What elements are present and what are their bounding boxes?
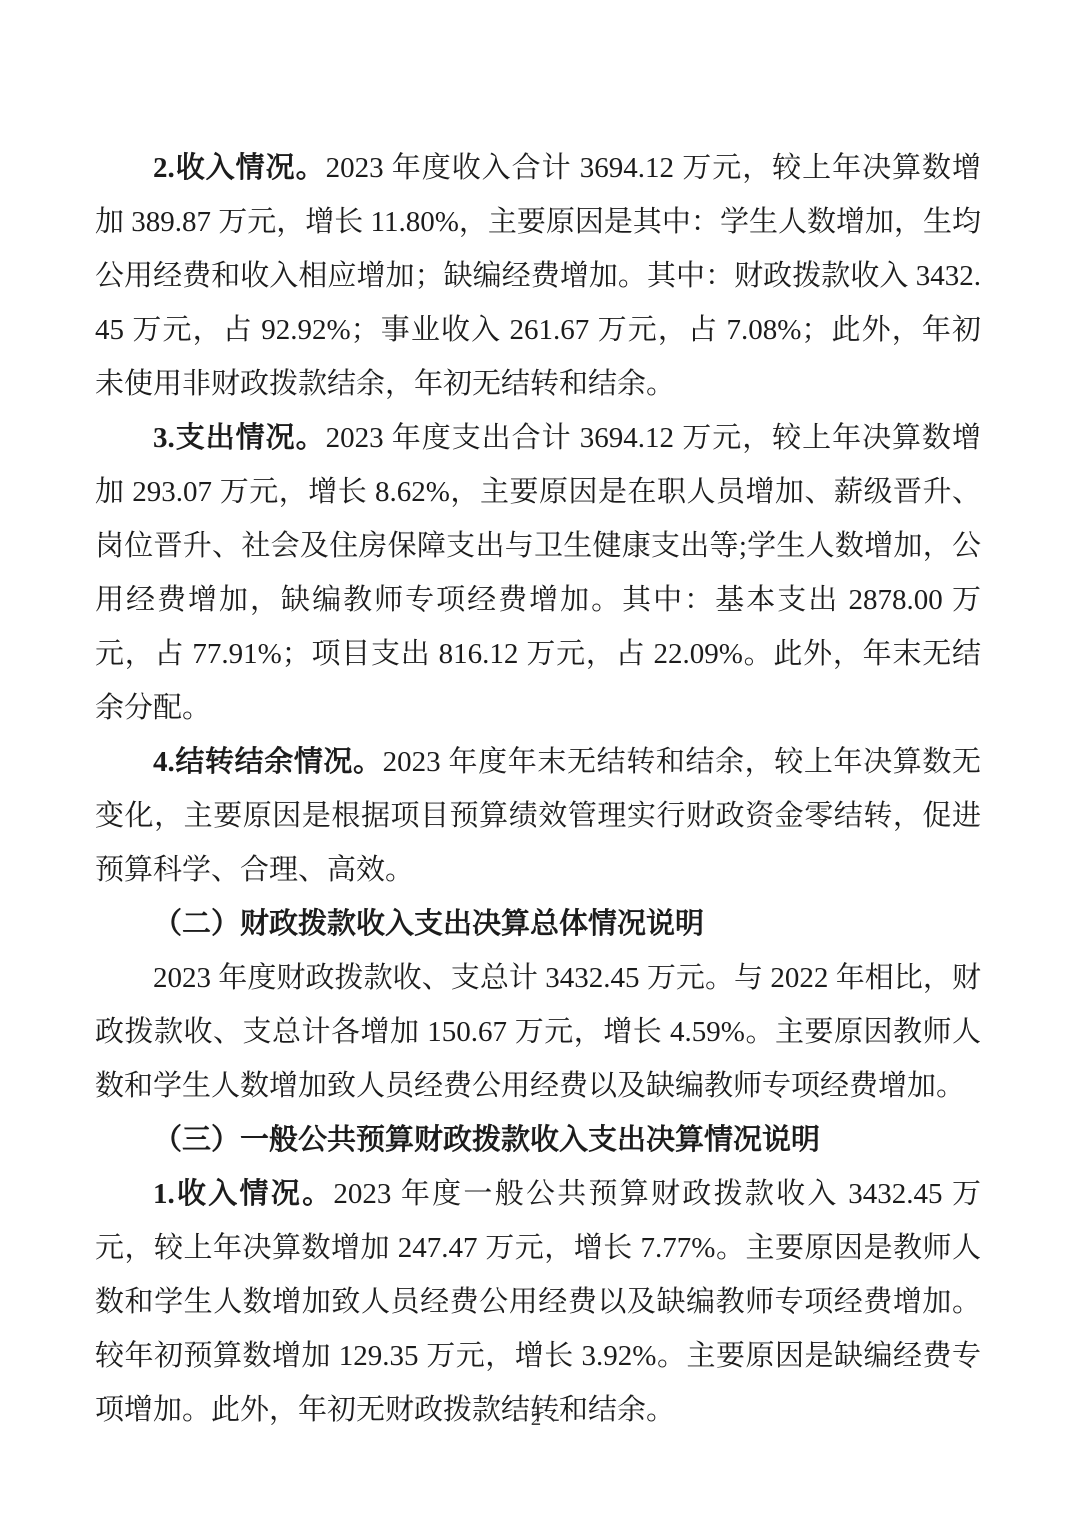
paragraph: 1.收入情况。2023 年度一般公共预算财政拨款收入 3432.45 万元，较上… (95, 1167, 981, 1437)
paragraph-lead: 2.收入情况。 (153, 152, 326, 184)
paragraph-lead: 4.结转结余情况。 (153, 746, 383, 778)
paragraph-text: （三）一般公共预算财政拨款收入支出决算情况说明 (153, 1124, 820, 1156)
paragraph: 2.收入情况。2023 年度收入合计 3694.12 万元，较上年决算数增加 3… (95, 141, 981, 411)
paragraph: 4.结转结余情况。2023 年度年末无结转和结余，较上年决算数无变化，主要原因是… (95, 735, 981, 897)
page-footer: - 2 - (0, 1398, 1075, 1438)
section-heading: （三）一般公共预算财政拨款收入支出决算情况说明 (95, 1113, 981, 1167)
document-body: 2.收入情况。2023 年度收入合计 3694.12 万元，较上年决算数增加 3… (95, 141, 981, 1437)
page-number: - 2 - (513, 1406, 563, 1430)
paragraph-text: 2023 年度财政拨款收、支总计 3432.45 万元。与 2022 年相比，财… (95, 962, 981, 1102)
document-page: 2.收入情况。2023 年度收入合计 3694.12 万元，较上年决算数增加 3… (0, 0, 1075, 1520)
paragraph: 2023 年度财政拨款收、支总计 3432.45 万元。与 2022 年相比，财… (95, 951, 981, 1113)
paragraph: 3.支出情况。2023 年度支出合计 3694.12 万元，较上年决算数增加 2… (95, 411, 981, 735)
paragraph-text: 2023 年度支出合计 3694.12 万元，较上年决算数增加 293.07 万… (95, 422, 981, 724)
paragraph-text: 2023 年度一般公共预算财政拨款收入 3432.45 万元，较上年决算数增加 … (95, 1178, 981, 1426)
section-heading: （二）财政拨款收入支出决算总体情况说明 (95, 897, 981, 951)
paragraph-lead: 1.收入情况。 (153, 1178, 333, 1210)
paragraph-text: 2023 年度收入合计 3694.12 万元，较上年决算数增加 389.87 万… (95, 152, 981, 400)
paragraph-lead: 3.支出情况。 (153, 422, 326, 454)
paragraph-text: （二）财政拨款收入支出决算总体情况说明 (153, 908, 704, 940)
